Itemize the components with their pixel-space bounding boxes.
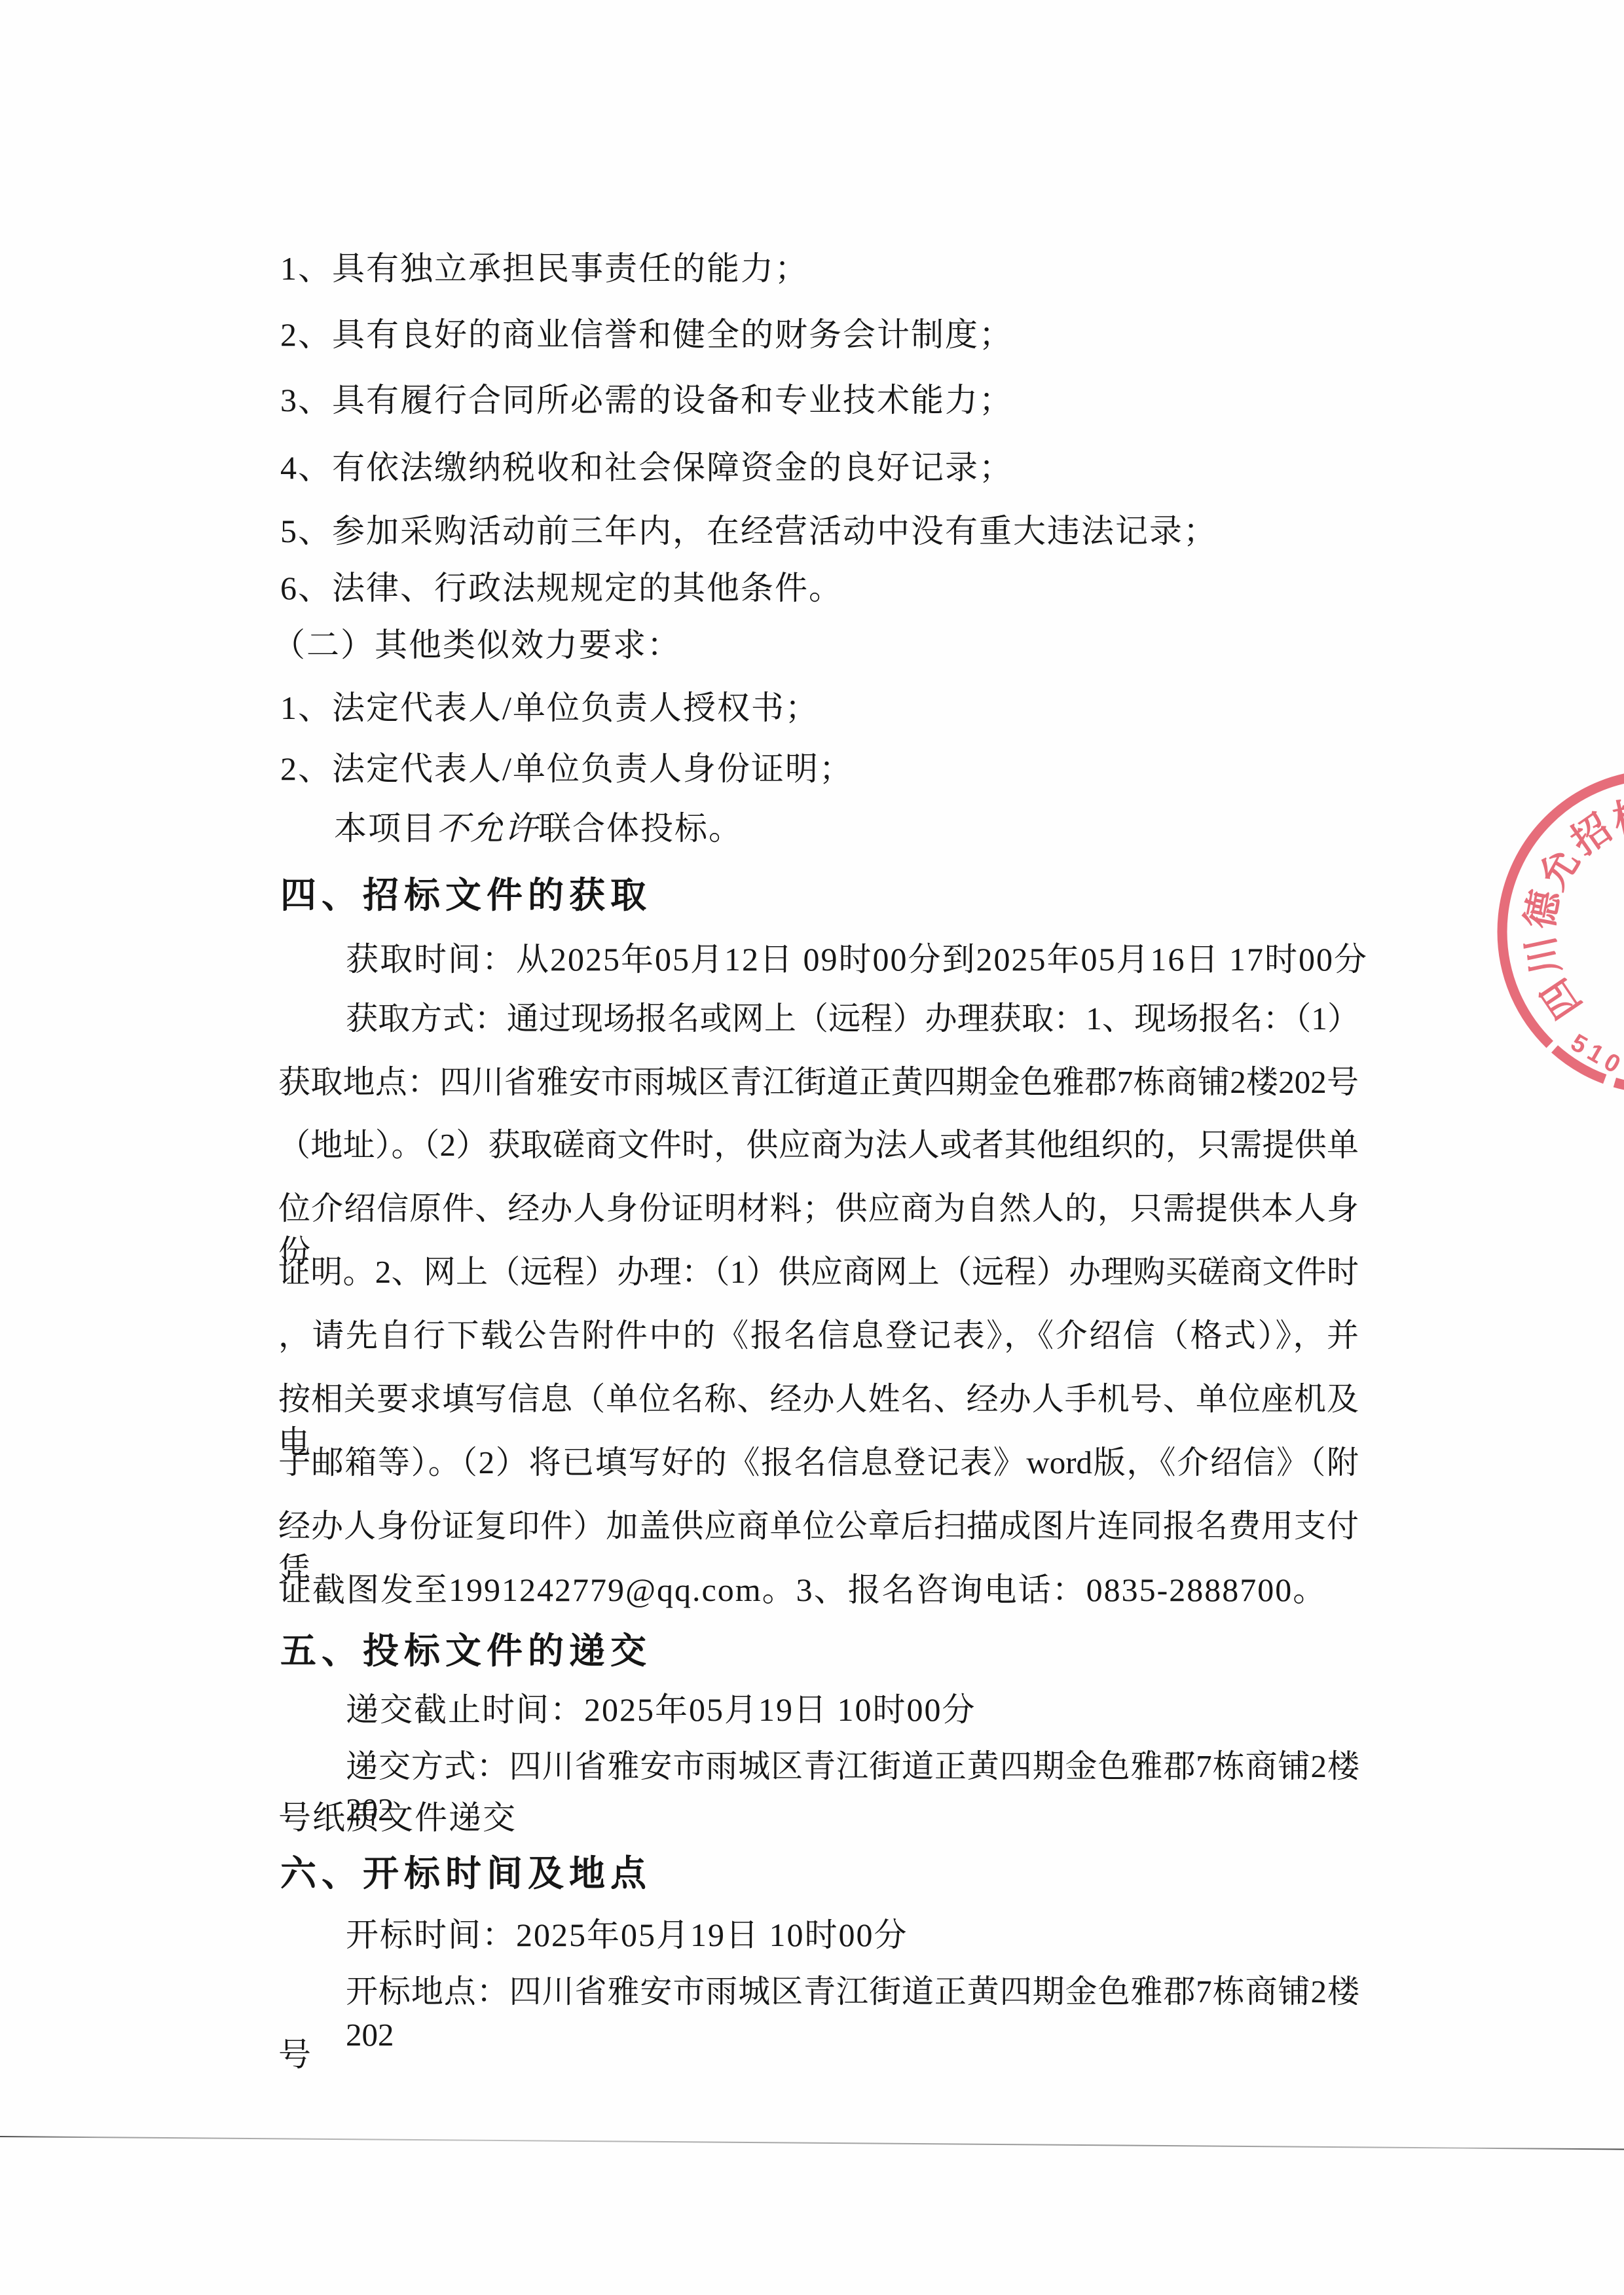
note-prefix: 本项目 (334, 810, 436, 847)
paragraph-line: 证明。2、网上（远程）办理：（1）供应商网上（远程）办理购买磋商文件时 (278, 1251, 1359, 1294)
scan-fold-line (0, 2136, 1624, 2150)
no-consortium-note: 本项目不允许联合体投标。 (334, 807, 743, 850)
contact-line: 证截图发至1991242779@qq.com。3、报名咨询电话：0835-288… (278, 1568, 1359, 1611)
paragraph-line: 子邮箱等）。（2）将已填写好的《报名信息登记表》word版，《介绍信》（附 (278, 1441, 1359, 1484)
section-heading-document-acquisition: 四、招标文件的获取 (280, 874, 652, 917)
paragraph-line: 位介绍信原件、经办人身份证明材料；供应商为自然人的，只需提供本人身份 (278, 1187, 1359, 1230)
seal-ring (1502, 775, 1624, 1089)
validity-item: 1、法定代表人/单位负责人授权书； (280, 686, 819, 729)
submission-method-line-1: 递交方式：四川省雅安市雨城区青江街道正黄四期金色雅郡7栋商铺2楼202 (346, 1745, 1359, 1788)
paragraph-line: ，请先自行下载公告附件中的《报名信息登记表》，《介绍信（格式）》，并 (278, 1314, 1359, 1357)
subsection-heading: （二）其他类似效力要求： (272, 623, 681, 667)
paragraph-line: 按相关要求填写信息（单位名称、经办人姓名、经办人手机号、单位座机及电 (278, 1378, 1359, 1421)
opening-location-line-2: 号 (278, 2033, 1359, 2076)
document-page: 1、具有独立承担民事责任的能力； 2、具有良好的商业信誉和健全的财务会计制度； … (0, 0, 1624, 2295)
opening-location-line-1: 开标地点：四川省雅安市雨城区青江街道正黄四期金色雅郡7栋商铺2楼202 (346, 1970, 1359, 2013)
acquisition-time: 获取时间：从2025年05月12日 09时00分到2025年05月16日 17时… (346, 938, 1359, 981)
note-emphasis: 不允许 (436, 810, 538, 847)
qualification-item: 4、有依法缴纳税收和社会保障资金的良好记录； (280, 446, 1013, 489)
qualification-item: 2、具有良好的商业信誉和健全的财务会计制度； (280, 313, 1013, 356)
acquisition-location-line: 获取地点：四川省雅安市雨城区青江街道正黄四期金色雅郡7栋商铺2楼202号 (278, 1061, 1359, 1104)
opening-time: 开标时间：2025年05月19日 10时00分 (346, 1913, 1359, 1956)
acquisition-method-line: 获取方式：通过现场报名或网上（远程）办理获取：1、现场报名：（1） (346, 997, 1359, 1040)
company-seal-stamp: 四 川 德 允 招 标 510 (1493, 720, 1624, 1113)
validity-item: 2、法定代表人/单位负责人身份证明； (280, 747, 853, 790)
seal-arc-character: 川 (1519, 932, 1568, 978)
paragraph-line: （地址）。（2）获取磋商文件时，供应商为法人或者其他组织的，只需提供单 (278, 1124, 1359, 1167)
qualification-item: 6、法律、行政法规规定的其他条件。 (280, 566, 843, 610)
paragraph-line: 经办人身份证复印件）加盖供应商单位公章后扫描成图片连同报名费用支付凭 (278, 1505, 1359, 1548)
section-heading-bid-submission: 五、投标文件的递交 (280, 1630, 652, 1673)
qualification-item: 1、具有独立承担民事责任的能力； (280, 247, 809, 290)
section-heading-bid-opening: 六、开标时间及地点 (280, 1852, 652, 1896)
submission-method-line-2: 号纸质文件递交 (278, 1796, 1359, 1839)
qualification-item: 3、具有履行合同所必需的设备和专业技术能力； (280, 378, 1013, 422)
qualification-item: 5、参加采购活动前三年内，在经营活动中没有重大违法记录； (280, 509, 1217, 553)
seal-arc-character: 四 (1533, 971, 1589, 1026)
submission-deadline: 递交截止时间：2025年05月19日 10时00分 (346, 1688, 1359, 1731)
note-suffix: 联合体投标。 (538, 810, 743, 847)
